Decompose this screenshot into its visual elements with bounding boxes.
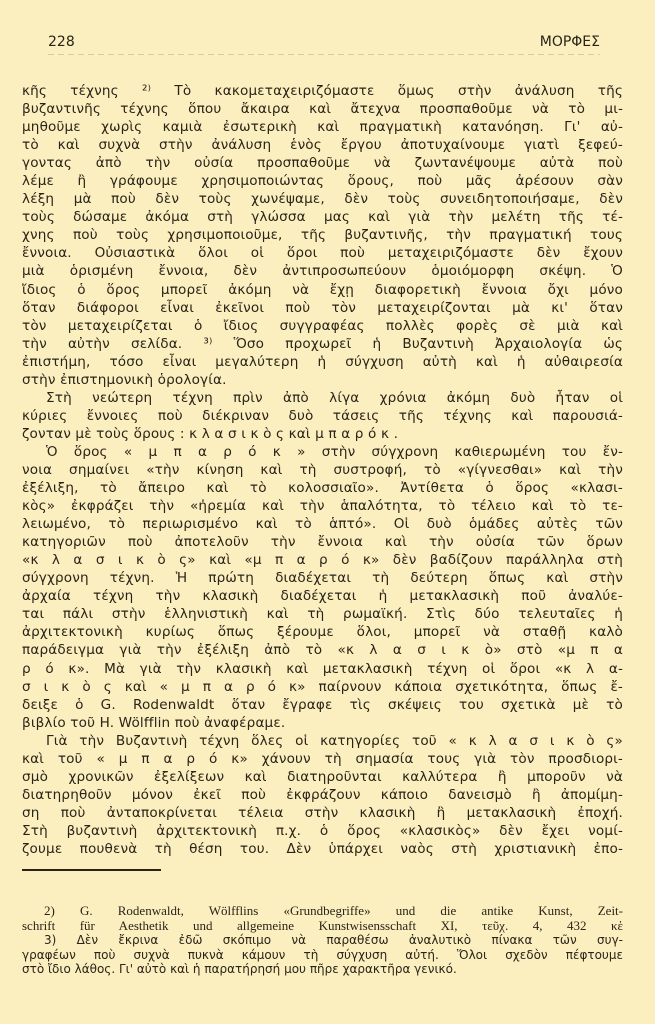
text-line: στὴν ἐπιστημονικὴ ὁρολογία. [22,371,623,389]
text-line: κατηγοριῶν ποὺ ἀποτελοῦν τὴν ἔννοια καὶ … [22,533,623,551]
text-line: κὸς» ἐκφράζει τὴν «ἠρεμία καὶ τὴν ἁπαλότ… [22,497,623,515]
text-line: μηθοῦμε χωρὶς καμιὰ ἐσωτερικὴ καὶ πραγμα… [22,118,623,136]
page-header: 228 ΜΟΡΦΕΣ [48,30,600,50]
footnote-3-line: στὸ ἴδιο λάθος. Γι' αὐτὸ καὶ ἡ παρατήρησ… [22,962,623,977]
text-line: ση ποὺ ἀνταποκρίνεται τέλεια στὴν κλασικ… [22,804,623,822]
text-line: τὸ καὶ συχνὰ στὴν ἀνάλυση ἑνὸς ἔργου ἀπο… [22,136,623,154]
text-line: λέξη μὰ ποὺ δὲν τοὺς χωνέψαμε, δὲν τοὺς … [22,190,623,208]
main-text: κῆς τέχνης ²⁾ Τὸ κακομεταχειριζόμαστε ὅμ… [22,82,623,858]
text-line: βιβλίο τοῦ H. Wölfflin ποὺ ἀναφέραμε. [22,714,623,732]
footnote-2-line: 2) G. Rodenwaldt, Wölfflins «Grundbegrif… [22,904,623,919]
text-line: ἐξέλιξη, τὸ ἄπειρο καὶ τὸ κολοσσιαῖο». Ἀ… [22,479,623,497]
text-line: Στὴ βυζαντινὴ ἀρχιτεκτονικὴ π.χ. ὁ ὅρος … [22,822,623,840]
text-line: ται πάλι στὴν ἑλληνιστικὴ καὶ τὴ ρωμαϊκή… [22,605,623,623]
text-line: μιὰ ὁρισμένη ἔννοια, δὲν ἀντιπροσωπεύουν… [22,262,623,280]
text-line: σμὸ χρονικῶν ἐξελίξεων καὶ διατηροῦνται … [22,768,623,786]
footnote-3-line: γραφέων ποὺ συχνὰ πυκνὰ κάμουν τὴ σύγχυσ… [22,948,623,963]
text-line: ζουμε πουθενὰ τὴ θέση του. Δὲν ὑπάρχει ν… [22,840,623,858]
text-line: λειωμένο, τὸ περιωρισμένο καὶ τὸ ἁπτό». … [22,515,623,533]
text-line: κῆς τέχνης ²⁾ Τὸ κακομεταχειριζόμαστε ὅμ… [22,82,623,100]
text-line: Γιὰ τὴν Βυζαντινὴ τέχνη ὅλες οἱ κατηγορί… [22,732,623,750]
text-line: ρ ό κ». Μὰ γιὰ τὴν κλασικὴ καὶ μετακλασι… [22,660,623,678]
text-line: ἀρχιτεκτονικὴ κυρίως ὅπως ξέρουμε ὅλοι, … [22,623,623,641]
text-line: παράδειγμα γιὰ τὴν ἐξέλιξη ἀπὸ τὸ «κ λ α… [22,641,623,659]
footnotes: 2) G. Rodenwaldt, Wölfflins «Grundbegrif… [22,904,623,977]
text-line: τὴν αὐτὴν σελίδα. ³⁾ Ὅσο προχωρεῖ ἡ Βυζα… [22,335,623,353]
text-line: ἴδιος ὁ ὅρος μπορεῖ ἀκόμη νὰ ἔχῃ διαφορε… [22,281,623,299]
text-line: βυζαντινῆς τέχνης ὅπου ἄκαιρα καὶ ἄτεχνα… [22,100,623,118]
text-line: ἐπιστήμη, τόσο εἶναι μεγαλύτερη ἡ σύγχυσ… [22,353,623,371]
text-line: καὶ τοῦ « μ π α ρ ό κ» χάνουν τὴ σημασία… [22,750,623,768]
page-number: 228 [48,34,75,50]
text-line: σύγχρονη τέχνη. Ἡ πρώτη διαδέχεται τὴ δε… [22,569,623,587]
text-line: διατηρηθοῦν μόνον ἐκεῖ ποὺ ἐκφράζουν κάπ… [22,786,623,804]
footnote-2-line: schrift für Aesthetik und allgemeine Kun… [22,919,623,934]
text-line: γοντας ἀπὸ τὴν οὐσία προσπαθοῦμε νὰ ζωντ… [22,154,623,172]
text-line: ζονταν μὲ τοὺς ὅρους : κ λ α σ ι κ ὸ ς κ… [22,425,623,443]
text-line: λέμε ἢ γράφουμε χρησιμοποιώντας ὅρους, π… [22,172,623,190]
text-line: Ὁ ὅρος « μ π α ρ ό κ » στὴν σύγχρονη καθ… [22,443,623,461]
header-rule [48,54,600,55]
text-line: ἔννοια. Οὐσιαστικὰ ὅλοι οἱ ὅροι ποὺ μετα… [22,244,623,262]
text-line: σ ι κ ὸ ς καὶ « μ π α ρ ό κ» παίρνουν κά… [22,678,623,696]
footnote-rule [22,869,161,871]
running-title: ΜΟΡΦΕΣ [540,34,600,50]
text-line: τοὺς δώσαμε ἀκόμα στὴ γλώσσα μας καὶ γιὰ… [22,208,623,226]
text-line: ὅταν διάφοροι εἶναι ἐκεῖνοι ποὺ τὸν μετα… [22,299,623,317]
text-line: δειξε ὁ G. Rodenwaldt ὅταν ἔγραφε τὶς σκ… [22,696,623,714]
text-line: τὸν μεταχειρίζεται ὁ ἴδιος συγγραφέας πο… [22,317,623,335]
text-line: Στὴ νεώτερη τέχνη πρὶν ἀπὸ λίγα χρόνια ἀ… [22,389,623,407]
text-line: νοια σημαίνει «τὴν κίνηση καὶ τὴ συστροφ… [22,461,623,479]
book-page: 228 ΜΟΡΦΕΣ κῆς τέχνης ²⁾ Τὸ κακομεταχειρ… [0,0,655,1024]
text-line: ἀρχαία τέχνη τὴν κλασικὴ διαδέχεται ἡ με… [22,587,623,605]
text-line: κύριες ἔννοιες ποὺ διέκριναν δυὸ τάσεις … [22,407,623,425]
footnote-3-line: 3) Δὲν ἔκρινα ἐδῶ σκόπιμο νὰ παραθέσω ἀν… [22,933,623,948]
text-line: «κ λ α σ ι κ ὸ ς» καὶ «μ π α ρ ό κ» δὲν … [22,551,623,569]
text-line: χνης ποὺ τοὺς χρησιμοποιοῦμε, τῆς βυζαντ… [22,226,623,244]
